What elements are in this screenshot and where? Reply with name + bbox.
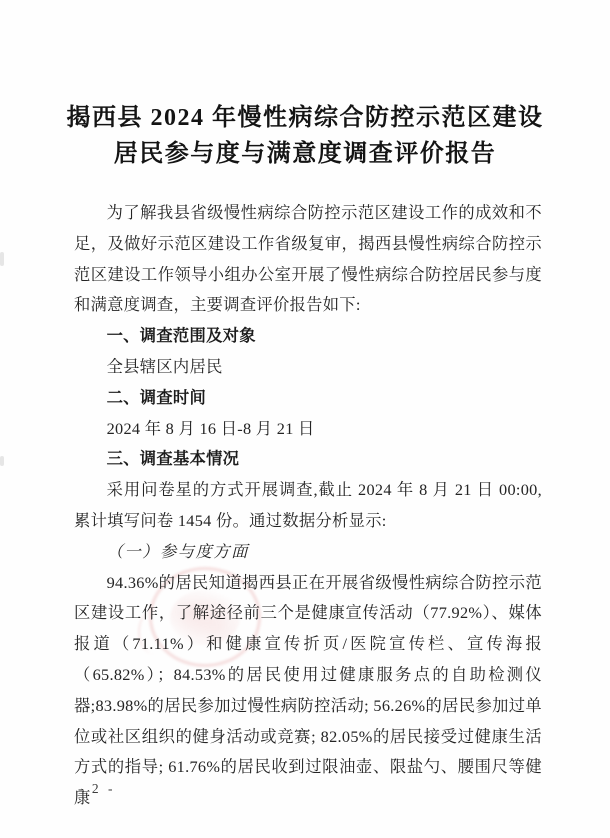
section-2-heading: 二、调查时间 (74, 383, 542, 414)
section-3-overview-text: 采用问卷星的方式开展调查,截止 2024 年 8 月 21 日 00:00,累计… (74, 475, 542, 537)
scan-artifact (0, 252, 4, 266)
report-title-line1: 揭西县 2024 年慢性病综合防控示范区建设 (0, 100, 610, 136)
section-1-heading: 一、调查范围及对象 (74, 321, 542, 352)
report-title: 揭西县 2024 年慢性病综合防控示范区建设 居民参与度与满意度调查评价报告 (0, 0, 610, 172)
scan-artifact (0, 456, 4, 466)
report-body: 为了解我县省级慢性病综合防控示范区建设工作的成效和不足，及做好示范区建设工作省级… (74, 198, 542, 814)
document-page: 揭西县 2024 年慢性病综合防控示范区建设 居民参与度与满意度调查评价报告 为… (0, 0, 610, 838)
report-title-line2: 居民参与度与满意度调查评价报告 (0, 136, 610, 172)
page-number: - 2 - (78, 781, 116, 797)
section-1-scope-text: 全县辖区内居民 (74, 352, 542, 383)
section-3-heading: 三、调查基本情况 (74, 444, 542, 475)
section-2-date-text: 2024 年 8 月 16 日-8 月 21 日 (74, 414, 542, 445)
intro-paragraph: 为了解我县省级慢性病综合防控示范区建设工作的成效和不足，及做好示范区建设工作省级… (74, 198, 542, 321)
participation-subheading: （一）参与度方面 (74, 537, 542, 568)
participation-statistics-text: 94.36%的居民知道揭西县正在开展省级慢性病综合防控示范区建设工作，了解途径前… (74, 568, 542, 814)
